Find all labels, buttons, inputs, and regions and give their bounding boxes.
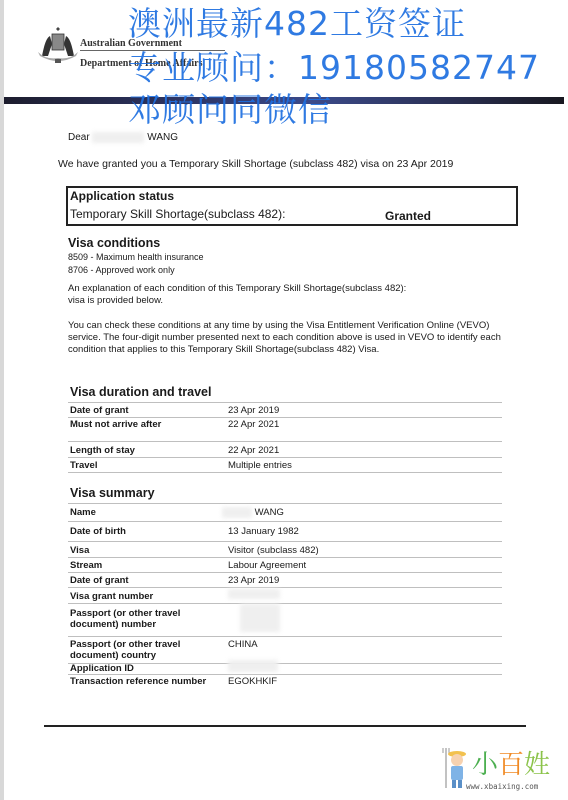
grant-intro: We have granted you a Temporary Skill Sh… bbox=[58, 158, 453, 170]
coat-of-arms-icon bbox=[36, 26, 80, 66]
watermark-line-1: 澳洲最新482工资签证 bbox=[128, 0, 466, 45]
table-row: Travel Multiple entries bbox=[68, 458, 502, 473]
logo-char: 姓 bbox=[524, 750, 550, 780]
visa-conditions-title: Visa conditions bbox=[68, 236, 160, 250]
row-label: Visa grant number bbox=[70, 591, 153, 602]
page-edge bbox=[0, 0, 4, 800]
explanation-line-2: visa is provided below. bbox=[68, 295, 488, 307]
row-value bbox=[228, 589, 280, 602]
table-row: Must not arrive after 22 Apr 2021 bbox=[68, 417, 502, 442]
row-value bbox=[228, 660, 278, 675]
salutation: Dear WANG bbox=[68, 132, 178, 143]
table-row: Date of birth 13 January 1982 bbox=[68, 521, 502, 542]
table-row: Passport (or other travel document) coun… bbox=[68, 637, 502, 664]
row-label: Passport (or other travel document) coun… bbox=[70, 639, 220, 661]
redacted-application-id bbox=[228, 660, 278, 672]
table-row: Transaction reference number EGOKHKIF bbox=[68, 675, 502, 688]
site-logo-text: 小百姓 bbox=[472, 744, 550, 781]
row-label: Length of stay bbox=[70, 445, 135, 456]
row-value bbox=[228, 604, 280, 635]
row-value: Labour Agreement bbox=[228, 560, 306, 571]
redacted-passport-number bbox=[240, 604, 280, 632]
row-value: 13 January 1982 bbox=[228, 526, 299, 537]
watermark-line-2: 专业顾问：19180582747 bbox=[128, 42, 540, 89]
row-label: Name bbox=[70, 507, 96, 518]
application-status-value: Granted bbox=[385, 209, 431, 223]
duration-travel-title: Visa duration and travel bbox=[70, 385, 211, 399]
salutation-word: Dear bbox=[68, 132, 90, 143]
farmer-mascot-icon bbox=[442, 746, 468, 790]
condition-item: 8706 - Approved work only bbox=[68, 265, 175, 275]
table-row: Passport (or other travel document) numb… bbox=[68, 604, 502, 637]
row-label: Stream bbox=[70, 560, 102, 571]
table-row: Visa grant number bbox=[68, 588, 502, 604]
row-value: CHINA bbox=[228, 639, 258, 650]
visa-summary-table: Name WANG Date of birth 13 January 1982 … bbox=[68, 503, 502, 688]
table-row: Date of grant 23 Apr 2019 bbox=[68, 573, 502, 588]
row-label: Visa bbox=[70, 545, 89, 556]
row-label: Travel bbox=[70, 460, 97, 471]
summary-name-value: WANG bbox=[255, 507, 284, 518]
row-value: Multiple entries bbox=[228, 460, 292, 471]
table-row: Visa Visitor (subclass 482) bbox=[68, 542, 502, 558]
logo-char: 小 bbox=[472, 750, 498, 780]
redacted-name bbox=[92, 132, 144, 143]
table-row: Stream Labour Agreement bbox=[68, 558, 502, 573]
row-label: Passport (or other travel document) numb… bbox=[70, 608, 220, 630]
watermark-line-3: 邓顾问同微信 bbox=[128, 84, 332, 131]
row-label: Date of birth bbox=[70, 526, 126, 537]
row-label: Date of grant bbox=[70, 575, 129, 586]
row-label: Must not arrive after bbox=[70, 419, 161, 430]
duration-travel-table: Date of grant 23 Apr 2019 Must not arriv… bbox=[68, 402, 502, 474]
explanation-line-1: An explanation of each condition of this… bbox=[68, 283, 488, 295]
table-row: Application ID bbox=[68, 664, 502, 675]
redacted-grant-number bbox=[228, 589, 280, 599]
row-value: EGOKHKIF bbox=[228, 676, 277, 687]
row-value: 23 Apr 2019 bbox=[228, 575, 279, 586]
row-value: 22 Apr 2021 bbox=[228, 445, 279, 456]
table-row: Date of grant 23 Apr 2019 bbox=[68, 402, 502, 418]
conditions-explanation: An explanation of each condition of this… bbox=[68, 283, 488, 307]
row-value: Visitor (subclass 482) bbox=[228, 545, 319, 556]
row-label: Date of grant bbox=[70, 405, 129, 416]
row-label: Transaction reference number bbox=[70, 676, 206, 687]
application-status-title: Application status bbox=[70, 189, 174, 203]
row-value: 23 Apr 2019 bbox=[228, 405, 279, 416]
visa-summary-title: Visa summary bbox=[70, 486, 155, 500]
vevo-paragraph: You can check these conditions at any ti… bbox=[68, 320, 508, 356]
condition-item: 8509 - Maximum health insurance bbox=[68, 252, 204, 262]
footer-divider bbox=[44, 725, 526, 727]
application-status-visa: Temporary Skill Shortage(subclass 482): bbox=[70, 207, 285, 221]
row-value: WANG bbox=[228, 507, 284, 518]
logo-char: 百 bbox=[498, 750, 524, 780]
site-logo-url: www.xbaixing.com bbox=[466, 782, 538, 791]
row-value: 22 Apr 2021 bbox=[228, 419, 279, 430]
redacted-given-name bbox=[222, 507, 252, 518]
table-row: Length of stay 22 Apr 2021 bbox=[68, 442, 502, 458]
recipient-surname: WANG bbox=[147, 132, 178, 143]
row-label: Application ID bbox=[70, 663, 134, 674]
table-row: Name WANG bbox=[68, 503, 502, 522]
